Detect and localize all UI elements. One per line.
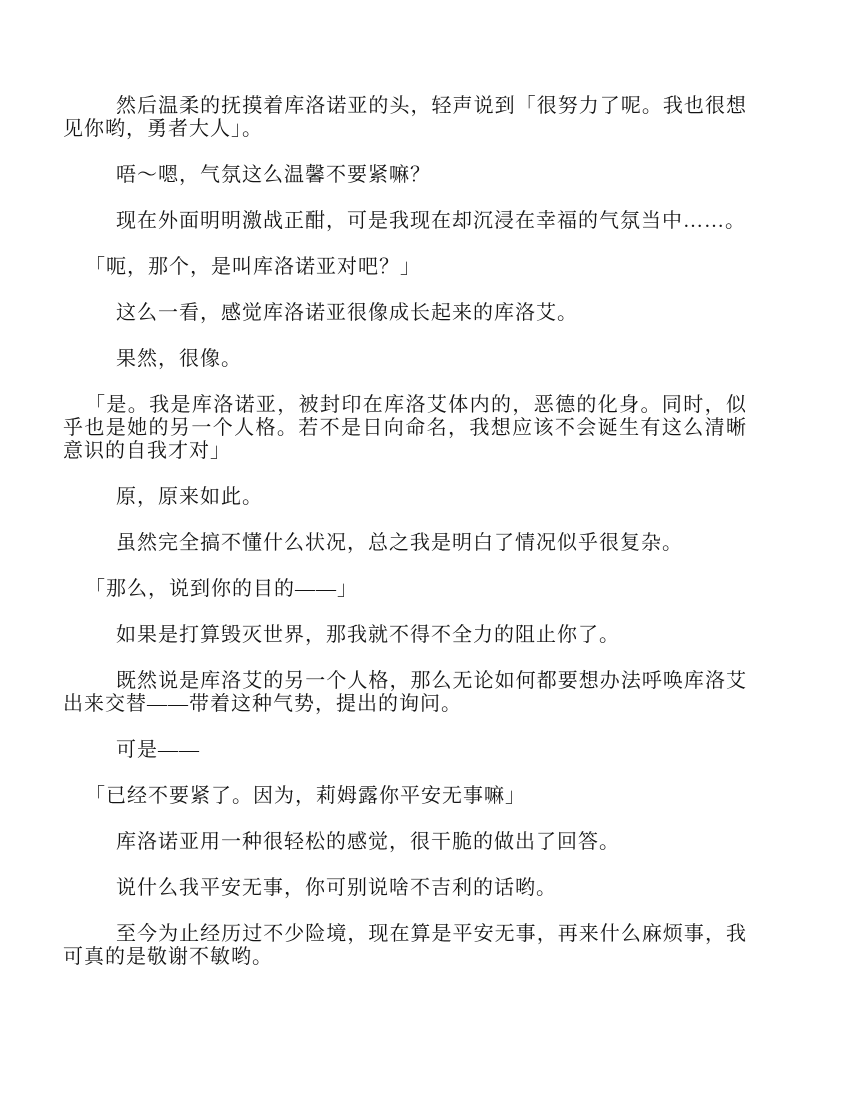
paragraph-8: 原，原来如此。 [63, 486, 747, 509]
paragraph-1: 然后温柔的抚摸着库洛诺亚的头，轻声说到「很努力了呢。我也很想见你哟，勇者大人」。 [63, 95, 747, 141]
paragraph-11: 如果是打算毁灭世界，那我就不得不全力的阻止你了。 [63, 624, 747, 647]
paragraph-16: 说什么我平安无事，你可别说啥不吉利的话哟。 [63, 877, 747, 900]
paragraph-7: 「是。我是库洛诺亚，被封印在库洛艾体内的，恶德的化身。同时，似乎也是她的另一个人… [63, 394, 747, 463]
paragraph-5: 这么一看，感觉库洛诺亚很像成长起来的库洛艾。 [63, 302, 747, 325]
paragraph-10: 「那么，说到你的目的——」 [63, 578, 747, 601]
paragraph-9: 虽然完全搞不懂什么状况，总之我是明白了情况似乎很复杂。 [63, 532, 747, 555]
paragraph-12: 既然说是库洛艾的另一个人格，那么无论如何都要想办法呼唤库洛艾出来交替——带着这种… [63, 670, 747, 716]
paragraph-17: 至今为止经历过不少险境，现在算是平安无事，再来什么麻烦事，我可真的是敬谢不敏哟。 [63, 923, 747, 969]
novel-page: 然后温柔的抚摸着库洛诺亚的头，轻声说到「很努力了呢。我也很想见你哟，勇者大人」。… [0, 0, 850, 1100]
paragraph-15: 库洛诺亚用一种很轻松的感觉，很干脆的做出了回答。 [63, 831, 747, 854]
paragraph-3: 现在外面明明激战正酣，可是我现在却沉浸在幸福的气氛当中……。 [63, 210, 747, 233]
text-block: 然后温柔的抚摸着库洛诺亚的头，轻声说到「很努力了呢。我也很想见你哟，勇者大人」。… [63, 95, 747, 969]
paragraph-2: 唔～嗯，气氛这么温馨不要紧嘛？ [63, 164, 747, 187]
paragraph-4: 「呃，那个，是叫库洛诺亚对吧？」 [63, 256, 747, 279]
paragraph-14: 「已经不要紧了。因为，莉姆露你平安无事嘛」 [63, 785, 747, 808]
paragraph-13: 可是—— [63, 739, 747, 762]
paragraph-6: 果然，很像。 [63, 348, 747, 371]
